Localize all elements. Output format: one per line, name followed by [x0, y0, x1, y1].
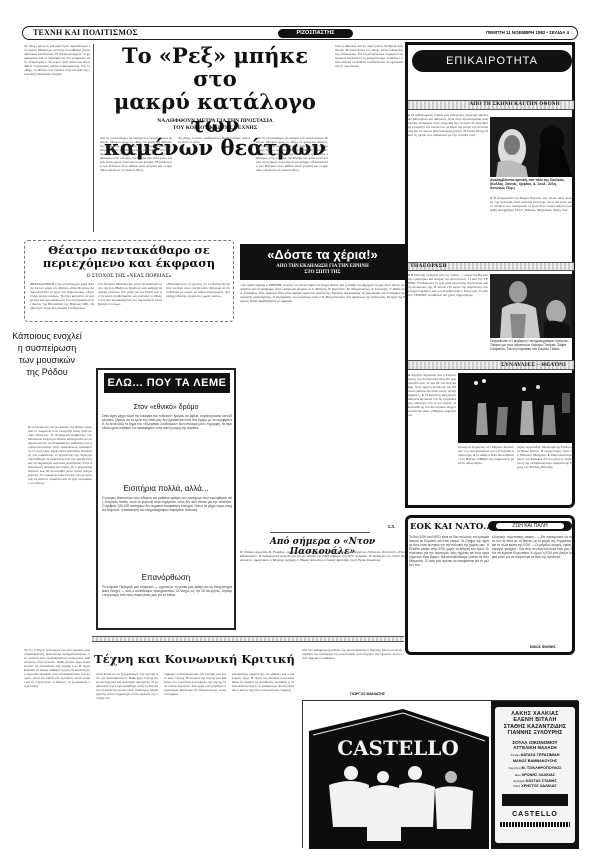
column-rule	[93, 44, 94, 232]
elo-item-text: Ο κόσμος διαπιστώνει στις είδησεις και μ…	[102, 496, 232, 568]
divider-band	[92, 636, 404, 642]
title-line: περιεχόμενο και έκφραση	[28, 257, 230, 270]
elo-item-heading: Στον «εθνικό» δρόμο	[100, 404, 232, 411]
theatro-col3: «Ξεκινάμε από το γεγονός ότι το θέατρο θ…	[166, 282, 230, 320]
zoi-signature: ΝΙΚΟΣ ΦΛΙΝΗΣ	[530, 645, 556, 649]
critique-signature: ΓΙΩΡΓΟΣ ΜΑΝΙΑΤΗΣ	[350, 692, 385, 696]
divider	[270, 532, 370, 533]
elo-item-heading: Εισιτήρια πολλά, αλλά...	[100, 484, 232, 493]
pasqualle-text: Η «Όπερα Δωματίου Β. Ελλάδος» ερμηνεύει …	[240, 550, 405, 630]
doste-signature: Σ.Χ.	[388, 524, 396, 529]
critique-col1: Το ότι η Τέχνη λειτουργεί και σαν κριτικ…	[24, 648, 90, 848]
doste-subtitle: ΑΠΟ ΤΗΝ ΕΚΔΗΛΩΣΗ ΓΙΑ ΤΗΝ ΕΙΡΗΝΗ ΣΤΟ ΣΠΙΤ…	[240, 264, 405, 276]
theatro-col2: του δυτικού Μακεδονίας είναι εκπαιδευμέν…	[98, 282, 162, 320]
band-label: ΣΥΝΑΥΛΙΕΣ – ΘΕΑΤΡΟ	[501, 362, 566, 368]
credit: Ορχήστρα Μ. ΤΣΙΚΛΗΡΟΠΟΥΛΟΣ	[495, 766, 575, 772]
subhead-line: ΤΟΥ ΚΟΙΝΟΥ ΚΑΙ ΤΗΣ ΤΕΧΝΗΣ	[100, 125, 330, 132]
lead-body-col1: από τη γενναιόδωρη προσφορά του νεοελλην…	[100, 136, 172, 232]
theatro-title: Θέατρο πεντακάθαρο σε περιεχόμενο και έκ…	[28, 244, 230, 270]
subtitle-line: ΣΤΟ ΣΠΙΤΙ ΤΗΣ	[240, 270, 405, 276]
elo-item-heading: Επανόρθωση	[100, 573, 232, 582]
doste-title: «Δόστε τα χέρια!»	[240, 247, 405, 262]
synavlies-text-col3: ρίζας, Αργαλίδης, Μαυρομάτης Ελίδου και …	[517, 445, 573, 505]
poster-footer	[500, 822, 570, 827]
band-label: ΑΠΟ ΤΗ ΣΚΗΝΗ ΚΑΙ ΤΗΝ ΟΘΟΝΗ	[470, 102, 560, 107]
zoi-kai-pali-text: ελληνικής τηλεοπτικής σειράς... —Θα προτ…	[492, 535, 572, 643]
zoi-kai-pali-badge: ΖΩΗ ΚΑΙ ΠΑΛΗ	[488, 521, 572, 531]
band-label: ΤΗΛΕΟΡΑΣΗ	[410, 263, 447, 269]
rodos-headline: Κάποιους ενοχλεί η συσπείρωση των μουσικ…	[2, 330, 92, 378]
tv-still-photo	[490, 274, 572, 338]
theatro-subtitle: Ο ΣΤΟΧΟΣ ΤΗΣ «ΝΕΑΣ ΠΟΡΕΙΑΣ»	[28, 273, 230, 279]
headline-line: Το «Ρεξ» μπήκε στο	[100, 44, 330, 90]
elo-item-text: Τα ονόματα Παλαμηδί μας επαρκούν — σχετι…	[102, 585, 232, 625]
subhead-line: ΝΑ ΛΗΦΘΟΥΝ ΜΕΤΡΑ ΓΙΑ ΤΗΝ ΠΡΟΣΤΑΣΙΑ	[100, 118, 330, 125]
eok-nato-text: Τα δύο ΕΟΚ και ΝΑΤΟ είναι τα δύο πυλώνες…	[409, 535, 489, 651]
lead-body-col2: Τα «Ρεξ» το μόνο «ανθρώπινο» θέατρο κάηκ…	[178, 136, 250, 232]
lead-subhead: ΝΑ ΛΗΦΘΟΥΝ ΜΕΤΡΑ ΓΙΑ ΤΗΝ ΠΡΟΣΤΑΣΙΑ ΤΟΥ Κ…	[100, 118, 330, 132]
critique-col4: μεγαλύτερη συμμετοχή, σε «αθώα» και «ουδ…	[232, 672, 294, 848]
headline-line: των μουσικών	[2, 354, 92, 366]
issue-date: ΠΕΜΠΤΗ 11 ΝΟΕΜΒΡΗ 1982 • ΣΕΛΙΔΑ 4	[486, 30, 569, 35]
castello-poster: ΛΑΚΗΣ ΧΑΛΚΙΑΣ ΕΛΕΝΗ ΒΙΤΑΛΗ ΣΤΑΘΗΣ ΚΑΖΑΝΤ…	[495, 707, 575, 843]
photo-caption: Σκηνοθεσία «Ο φοβερός» κινηματογράφου Χρ…	[490, 339, 572, 355]
headliner: ΓΙΑΝΝΗΣ ΞΥΛΟΥΡΗΣ	[495, 730, 575, 736]
critique-col5: από την καθημερινή μέθοδο της αριστοκρατ…	[302, 648, 402, 688]
epikairotita-text2: ● Η συνεργασία του Σίνγκα Παυλάκ στη ται…	[490, 196, 572, 258]
eok-nato-title: ΕΟΚ ΚΑΙ ΝΑΤΟ...	[410, 522, 492, 532]
photo-caption: Αναλαμβάνεται κριτική, στο πλάι της δουλ…	[490, 178, 572, 194]
castello-ad: CASTELLO ΛΑΚΗΣ ΧΑΛΚΙΑΣ ΕΛΕΝΗ ΒΙΤΑΛΗ ΣΤΑΘ…	[302, 700, 578, 848]
masthead: ΤΕΧΝΗ ΚΑΙ ΠΟΛΙΤΙΣΜΟΣ ΡΙΖΟΣΠΑΣΤΗΣ ΠΕΜΠΤΗ …	[22, 26, 578, 40]
section-title: ΤΕΧΝΗ ΚΑΙ ΠΟΛΙΤΙΣΜΟΣ	[33, 28, 138, 37]
film-still-photo	[490, 117, 572, 177]
also-starring: ΑΓΓΕΛΙΚΗ ΘΑΛΑΣΗ	[495, 745, 575, 750]
band-tileorasi: ΤΗΛΕΟΡΑΣΗ	[408, 262, 574, 271]
critique-headline: Τέχνη και Κοινωνική Κριτική	[92, 652, 297, 666]
newspaper-logo: ΡΙΖΟΣΠΑΣΤΗΣ	[278, 29, 353, 38]
critique-col3: σήμερα να διατυπώνουμε την κριτική μας γ…	[164, 672, 226, 848]
band-skini-othoni: ΑΠΟ ΤΗ ΣΚΗΝΗ ΚΑΙ ΤΗΝ ΟΘΟΝΗ	[408, 100, 574, 110]
band-synavlies: ΣΥΝΑΥΛΙΕΣ – ΘΕΑΤΡΟ	[408, 360, 574, 370]
rodos-text: Η συσπείρωση των μουσικών της Ρόδου γύρω…	[28, 425, 92, 630]
tileorasi-text: ● Η δεύτερη συνέχεια από την ταινία — σε…	[408, 273, 488, 357]
badge-label: ΖΩΗ ΚΑΙ ΠΑΛΗ	[496, 523, 564, 529]
critique-col2: είναι δύσκολο να ξεχωρίσουμε την κριτική…	[96, 672, 158, 848]
synavlies-text-col2: καταρχήν Σημερινή στο Μεγάρο Συναυλιών τ…	[458, 445, 514, 505]
castello-photo: CASTELLO	[303, 701, 493, 849]
elo-item-text: Όσοι είχαν μέχρι τώρα την ευκαιρία του «…	[102, 414, 232, 480]
lead-right-column: όταν η αίθουσα από τη σκηνή δίνει συνθήκ…	[335, 44, 403, 232]
concert-photo	[458, 373, 574, 443]
lead-body-col3: από τη γενναιόδωρη προσφορά του νεοελλην…	[256, 136, 328, 232]
credit: ΜΑΝΟΣ ΒΑΜΒΑΚΟΥΣΗΣ	[495, 759, 575, 764]
lead-intro-column: Τα «Ρεξ» μέσα σε μιά ώρα έγινε παρανάλωμ…	[24, 44, 90, 232]
headline-line: της Ρόδου	[2, 366, 92, 378]
headline-line: Κάποιους ενοχλεί	[2, 330, 92, 342]
epikairotita-text: ● Η καθιερωμένη ετήσια μας εκδήλωση γνωσ…	[408, 113, 488, 258]
credit: Πιάνο ΧΡΗΣΤΟΣ ΧΑΛΚΙΑΣ	[495, 784, 575, 790]
doste-text: «Δεν αρκεί σήμερα η ΕΙΡΗΝΗ να μένει να γ…	[240, 283, 405, 523]
phone-box	[502, 794, 568, 806]
doste-header: «Δόστε τα χέρια!» ΑΠΟ ΤΗΝ ΕΚΔΗΛΩΣΗ ΓΙΑ Τ…	[240, 244, 405, 280]
poster-venue: CASTELLO	[495, 810, 575, 819]
synavlies-text: ● Αρχίζει, Σημερινή και η Συρνουργική το…	[408, 373, 456, 503]
sidebar-title: ΕΠΙΚΑΙΡΟΤΗΤΑ	[412, 50, 572, 72]
castello-poster-bg: ΛΑΚΗΣ ΧΑΛΚΙΑΣ ΕΛΕΝΗ ΒΙΤΑΛΗ ΣΤΑΘΗΣ ΚΑΖΑΝΤ…	[491, 701, 579, 849]
elo-title: ΕΛΩ... ΠΟΥ ΤΑ ΛΕΜΕ	[104, 373, 230, 393]
headline-line: η συσπείρωση	[2, 342, 92, 354]
theatro-col1: ΘΕΣΣΑΛΟΝΙΚΗ (του ανταποκριτή μας) Από τι…	[30, 282, 94, 320]
castello-sign: CASTELLO	[337, 736, 459, 760]
